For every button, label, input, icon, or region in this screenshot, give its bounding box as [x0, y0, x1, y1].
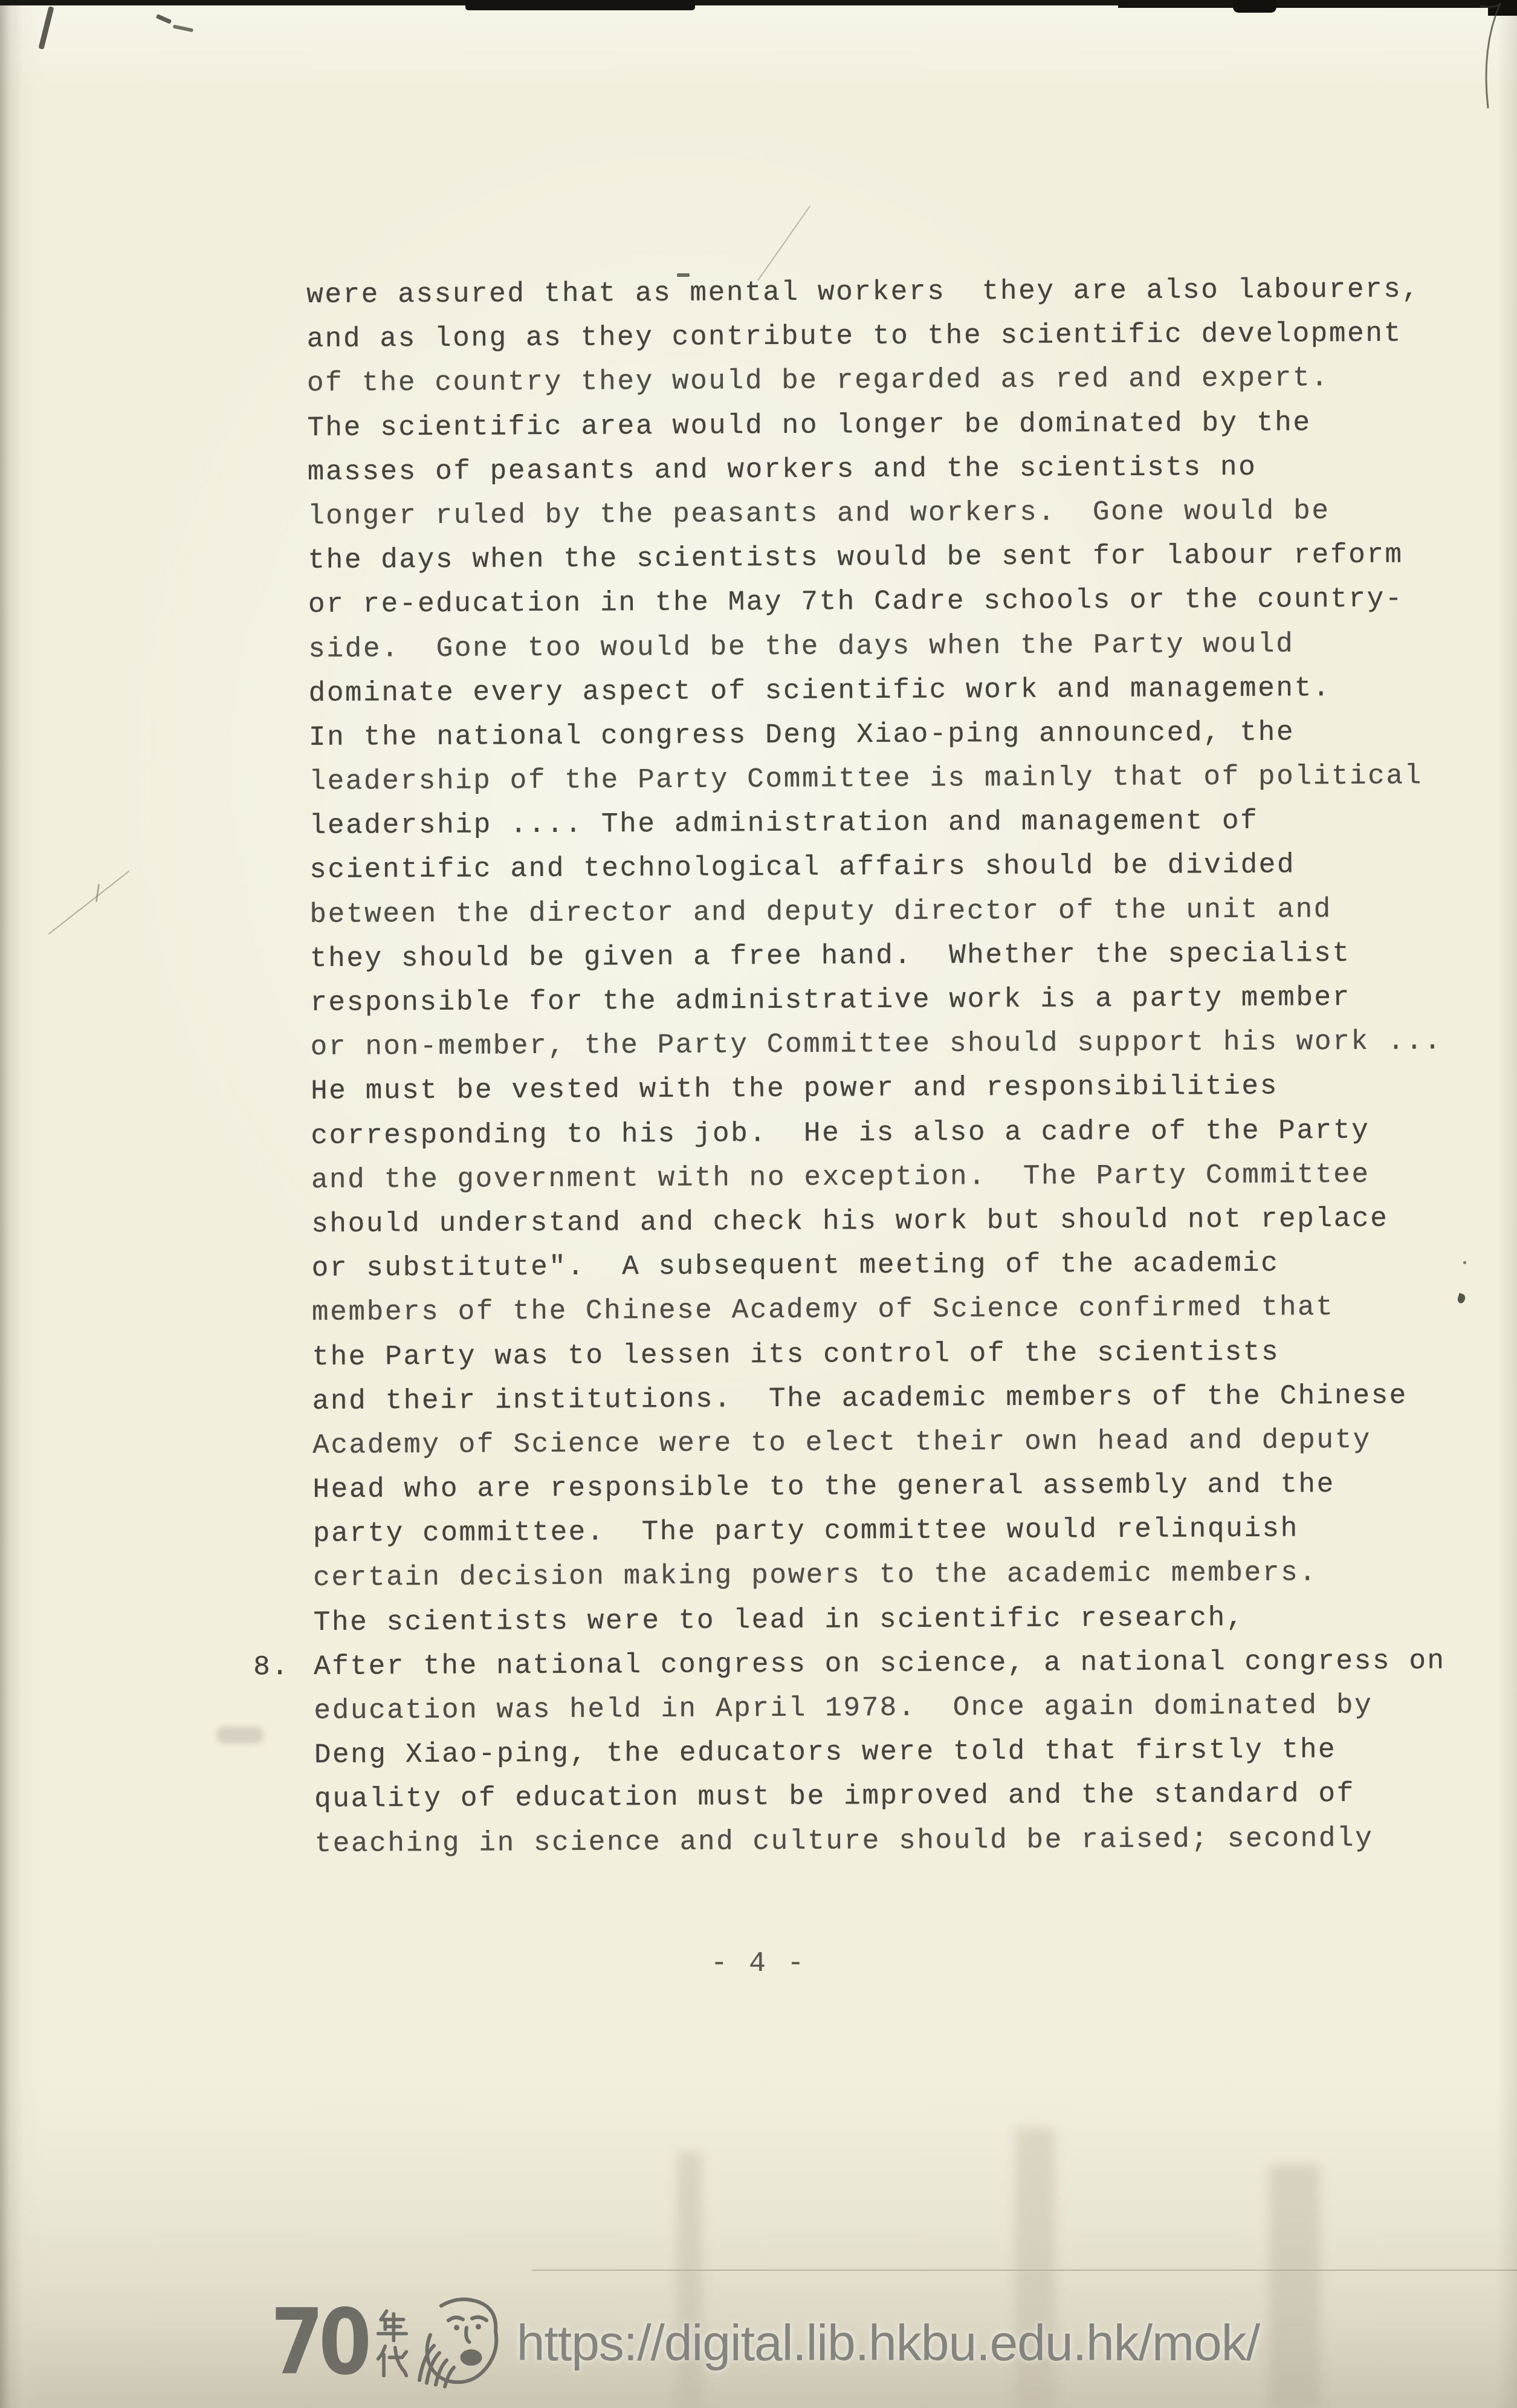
- text-line: should understand and check his work but…: [311, 1196, 1496, 1247]
- text-line: the days when the scientists would be se…: [308, 533, 1492, 583]
- text-line: the Party was to lessen its control of t…: [312, 1329, 1496, 1379]
- text-line-content: and their institutions. The academic mem…: [312, 1380, 1408, 1417]
- text-line-content: responsible for the administrative work …: [310, 982, 1351, 1019]
- text-line-content: party committee. The party committee wou…: [313, 1513, 1299, 1550]
- text-line-content: education was held in April 1978. Once a…: [314, 1690, 1373, 1727]
- page-number: - 4 -: [0, 1948, 1517, 1979]
- text-line: Head who are responsible to the general …: [312, 1462, 1497, 1512]
- text-line: or substitute". A subsequent meeting of …: [311, 1241, 1496, 1291]
- text-line: certain decision making powers to the ac…: [313, 1550, 1498, 1600]
- text-line: education was held in April 1978. Once a…: [314, 1683, 1498, 1733]
- text-line-content: leadership of the Party Committee is mai…: [309, 760, 1423, 797]
- text-line-content: between the director and deputy director…: [309, 894, 1332, 930]
- seventies-magazine-logo: 70: [271, 2293, 505, 2393]
- text-line-content: and as long as they contribute to the sc…: [306, 318, 1402, 355]
- text-line: 8.After the national congress on science…: [314, 1639, 1498, 1689]
- ink-smudge: [216, 1727, 264, 1744]
- text-line: scientific and technological affairs sho…: [309, 842, 1494, 892]
- text-line: In the national congress Deng Xiao-ping …: [309, 710, 1493, 760]
- text-line-content: After the national congress on science, …: [314, 1645, 1446, 1683]
- text-line: teaching in science and culture should b…: [314, 1816, 1499, 1866]
- typewritten-text-block: were assured that as mental workers they…: [306, 267, 1499, 1866]
- ink-squiggle: [173, 25, 194, 33]
- text-line-content: of the country they would be regarded as…: [307, 363, 1330, 400]
- text-line: Deng Xiao-ping, the educators were told …: [314, 1727, 1499, 1777]
- text-line-content: In the national congress Deng Xiao-ping …: [309, 716, 1295, 753]
- text-line: or non-member, the Party Committee shoul…: [311, 1019, 1495, 1069]
- text-line-content: side. Gone too would be the days when th…: [308, 628, 1294, 665]
- text-line-content: and the government with no exception. Th…: [311, 1159, 1370, 1196]
- scan-edge-top-blob: [1233, 0, 1276, 13]
- text-line-content: or substitute". A subsequent meeting of …: [311, 1248, 1279, 1284]
- list-item-number: 8.: [253, 1645, 290, 1690]
- text-line-content: The scientists were to lead in scientifi…: [314, 1602, 1245, 1638]
- text-line: The scientists were to lead in scientifi…: [313, 1594, 1498, 1644]
- text-line: longer ruled by the peasants and workers…: [308, 488, 1492, 539]
- text-line-content: were assured that as mental workers they…: [306, 273, 1420, 311]
- text-line: of the country they would be regarded as…: [307, 355, 1492, 406]
- page-curl-line: [1444, 0, 1517, 121]
- text-line: between the director and deputy director…: [309, 886, 1494, 936]
- text-line: masses of peasants and workers and the s…: [308, 444, 1492, 494]
- text-line-content: they should be given a free hand. Whethe…: [310, 938, 1351, 975]
- watermark-footer: 70: [271, 2285, 1260, 2400]
- scratch-mark: [757, 206, 810, 281]
- text-line-content: Academy of Science were to elect their o…: [312, 1424, 1371, 1461]
- text-line: were assured that as mental workers they…: [306, 267, 1491, 317]
- text-line-content: or non-member, the Party Committee shoul…: [311, 1025, 1443, 1063]
- text-line: responsible for the administrative work …: [310, 975, 1495, 1025]
- text-line-content: should understand and check his work but…: [311, 1203, 1388, 1240]
- text-line-content: Head who are responsible to the general …: [312, 1468, 1335, 1505]
- scanned-document-page: were assured that as mental workers they…: [0, 0, 1517, 2408]
- text-line: The scientific area would no longer be d…: [307, 400, 1492, 450]
- text-line-content: or re-education in the May 7th Cadre sch…: [308, 583, 1404, 620]
- text-line-content: certain decision making powers to the ac…: [313, 1557, 1317, 1594]
- text-line-content: The scientific area would no longer be d…: [307, 407, 1311, 444]
- logo-70-text: 70: [271, 2297, 367, 2388]
- scan-streak: [1269, 2164, 1320, 2408]
- cjk-dai-icon: [375, 2343, 409, 2377]
- scan-corner-mark: [38, 6, 54, 50]
- text-line-content: corresponding to his job. He is also a c…: [311, 1114, 1370, 1151]
- text-line: party committee. The party committee wou…: [313, 1506, 1498, 1556]
- pencil-scratch: [48, 871, 129, 935]
- text-line-content: teaching in science and culture should b…: [314, 1822, 1373, 1859]
- text-line: side. Gone too would be the days when th…: [308, 621, 1493, 671]
- text-line: Academy of Science were to elect their o…: [312, 1418, 1497, 1468]
- text-line-content: members of the Chinese Academy of Scienc…: [312, 1291, 1334, 1328]
- text-line: leadership .... The administration and m…: [309, 798, 1494, 848]
- text-line: He must be vested with the power and res…: [311, 1063, 1495, 1114]
- text-line: corresponding to his job. He is also a c…: [311, 1108, 1495, 1158]
- text-line-content: the Party was to lessen its control of t…: [312, 1336, 1279, 1372]
- scan-edge-top-segment: [465, 0, 695, 10]
- screaming-face-stamp-icon: [414, 2293, 505, 2393]
- logo-cjk-chars: [375, 2308, 409, 2377]
- text-line-content: dominate every aspect of scientific work…: [309, 672, 1331, 709]
- ink-squiggle: [156, 14, 172, 24]
- text-line: dominate every aspect of scientific work…: [308, 665, 1493, 715]
- text-line-content: the days when the scientists would be se…: [308, 539, 1403, 576]
- text-line: and the government with no exception. Th…: [311, 1152, 1496, 1202]
- text-line: and as long as they contribute to the sc…: [306, 311, 1491, 362]
- text-line-content: Deng Xiao-ping, the educators were told …: [314, 1734, 1337, 1771]
- text-line: they should be given a free hand. Whethe…: [310, 931, 1495, 981]
- text-line-content: leadership .... The administration and m…: [309, 805, 1259, 842]
- watermark-url: https://digital.lib.hkbu.edu.hk/mok/: [517, 2314, 1260, 2372]
- text-line: members of the Chinese Academy of Scienc…: [312, 1285, 1496, 1335]
- text-line-content: He must be vested with the power and res…: [311, 1071, 1278, 1107]
- text-line: or re-education in the May 7th Cadre sch…: [308, 577, 1493, 627]
- cjk-nian-icon: [375, 2308, 409, 2342]
- text-line-content: longer ruled by the peasants and workers…: [308, 495, 1330, 532]
- text-line: and their institutions. The academic mem…: [312, 1373, 1497, 1423]
- text-line-content: quality of education must be improved an…: [314, 1778, 1355, 1815]
- text-line-content: masses of peasants and workers and the s…: [308, 452, 1257, 488]
- text-line: leadership of the Party Committee is mai…: [309, 754, 1493, 804]
- text-line: quality of education must be improved an…: [314, 1771, 1499, 1822]
- text-line-content: scientific and technological affairs sho…: [309, 849, 1295, 886]
